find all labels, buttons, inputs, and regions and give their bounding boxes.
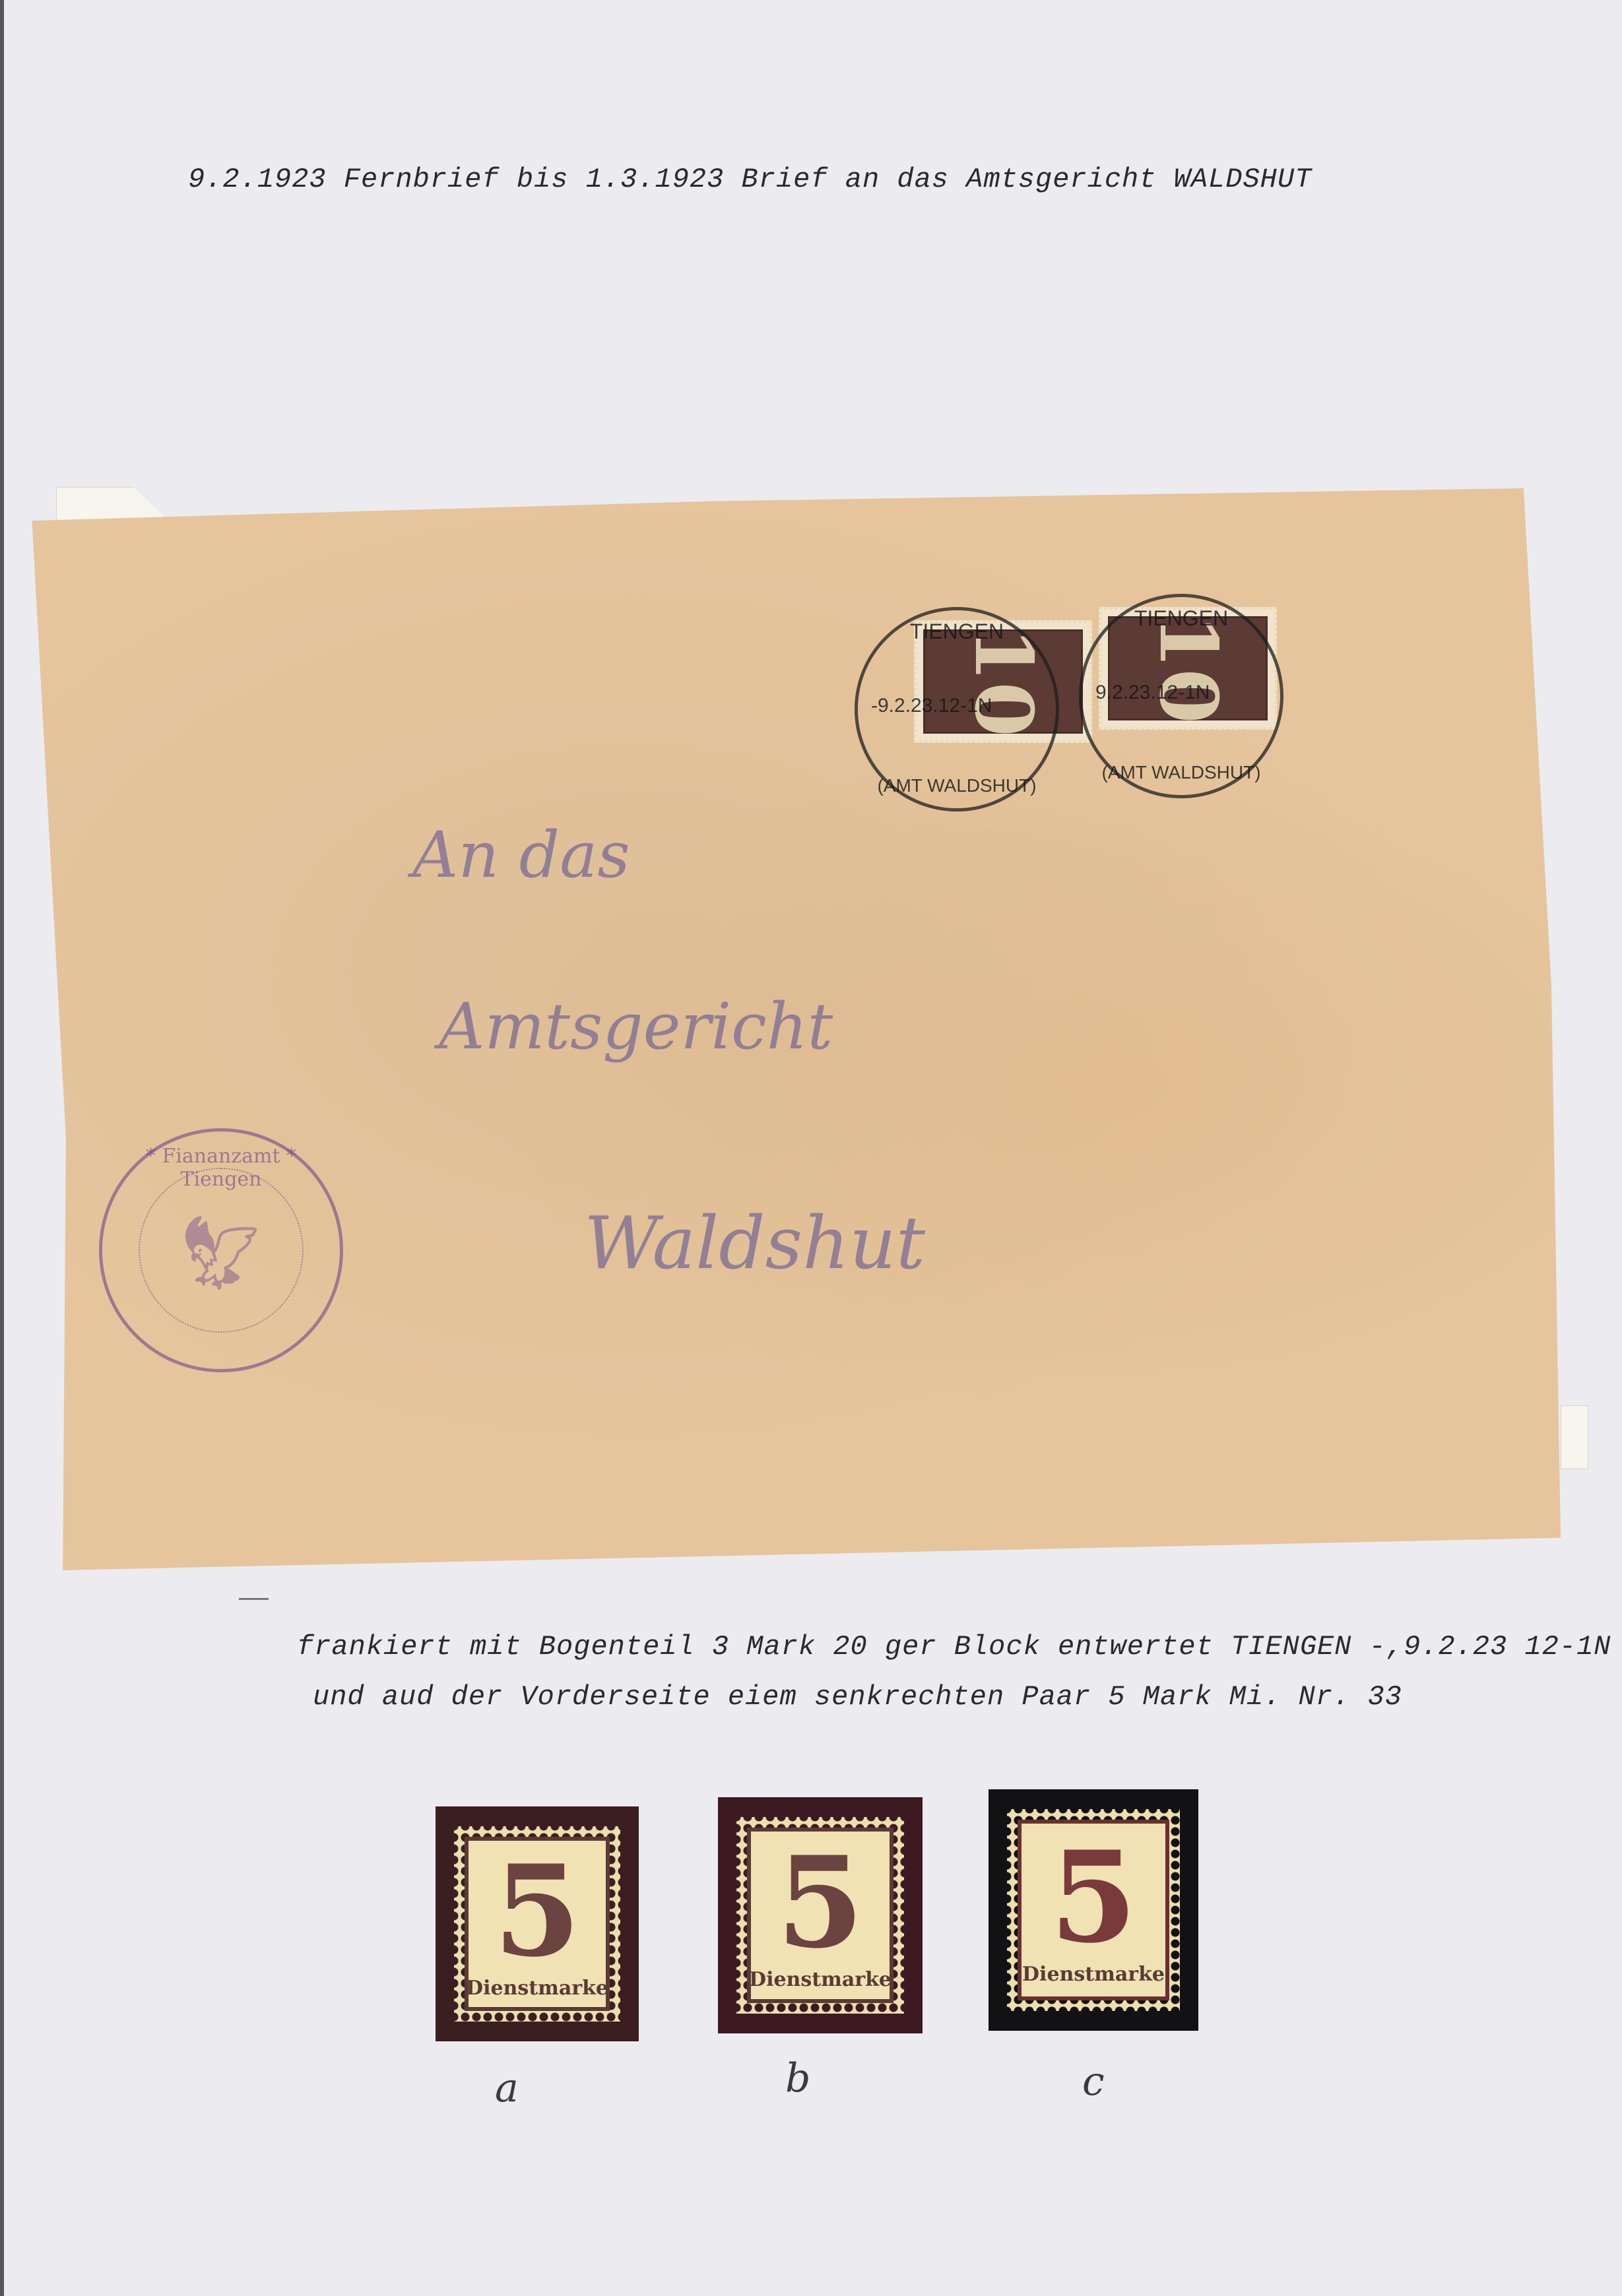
stamp-value: 5: [494, 1849, 581, 1974]
stamp-value: 5: [1050, 1835, 1137, 1960]
stamp-legend: Dienstmarke: [1022, 1963, 1165, 1986]
scan-edge: [0, 0, 4, 2296]
cover-envelope: * Fiananzamt * Tiengen 🦅︎ An das Amtsger…: [16, 488, 1561, 1570]
seal-text: * Fiananzamt * Tiengen: [102, 1145, 340, 1191]
mint-stamp-a: 5 Dienstmarke: [436, 1806, 639, 2041]
pencil-mark: [239, 1598, 269, 1600]
stamp-legend: Dienstmarke: [749, 1968, 892, 1991]
postmark-bottom-text: (AMT WALDSHUT): [1082, 762, 1280, 783]
postmark: TIENGEN 9.2.23.12-1N (AMT WALDSHUT): [1079, 594, 1283, 798]
variant-label-c: c: [1082, 2058, 1105, 2105]
mint-stamp-c: 5 Dienstmarke: [989, 1789, 1198, 2031]
postmark-date: -9.2.23.12-1N: [871, 695, 1056, 717]
official-seal: * Fiananzamt * Tiengen 🦅︎: [99, 1128, 343, 1372]
stamp-design: 5 Dienstmarke: [747, 1828, 893, 2003]
eagle-icon: 🦅︎: [102, 1211, 340, 1300]
stamp-design: 5 Dienstmarke: [1018, 1820, 1169, 2000]
variant-label-b: b: [785, 2055, 810, 2101]
mint-stamp-b: 5 Dienstmarke: [718, 1797, 923, 2033]
address-line: Waldshut: [584, 1201, 925, 1285]
address-line: An das: [412, 818, 630, 892]
address-line: Amtsgericht: [439, 990, 833, 1064]
mounting-hinge-bottom-right: [1561, 1405, 1588, 1469]
postmark-bottom-text: (AMT WALDSHUT): [858, 775, 1056, 796]
description-line-1: frankiert mit Bogenteil 3 Mark 20 ger Bl…: [297, 1631, 1611, 1663]
stamp-value: 5: [777, 1840, 864, 1965]
page-title-caption: 9.2.1923 Fernbrief bis 1.3.1923 Brief an…: [188, 164, 1312, 195]
stamp-legend: Dienstmarke: [466, 1977, 608, 2000]
postmark-town: TIENGEN: [858, 620, 1056, 644]
stamp-design: 5 Dienstmarke: [465, 1837, 610, 2011]
variant-label-a: a: [495, 2065, 519, 2111]
postmark-date: 9.2.23.12-1N: [1095, 682, 1280, 704]
postmark: TIENGEN -9.2.23.12-1N (AMT WALDSHUT): [855, 607, 1059, 812]
description-line-2: und aud der Vorderseite eiem senkrechten…: [313, 1681, 1402, 1713]
postmark-town: TIENGEN: [1082, 606, 1280, 631]
